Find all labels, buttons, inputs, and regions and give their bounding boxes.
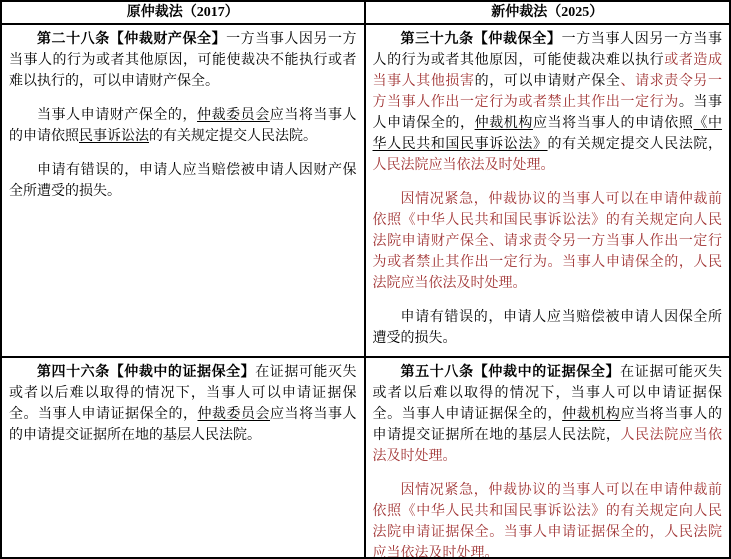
text-segment: 因情况紧急，仲裁协议的当事人可以在申请仲裁前依照《中华人民共和国民事诉讼法》的有… (373, 192, 723, 291)
text-segment: 申请有错误的，申请人应当赔偿被申请人因保全所遭受的损失。 (373, 310, 723, 346)
paragraph: 申请有错误的，申请人应当赔偿被申请人因财产保全所遭受的损失。 (9, 160, 357, 202)
cell-old-law-article-28: 第二十八条【仲裁财产保全】一方当事人因另一方当事人的行为或者其他原因，可能使裁决… (2, 25, 366, 356)
cell-old-law-article-46: 第四十六条【仲裁中的证据保全】在证据可能灭失或者以后难以取得的情况下，当事人可以… (2, 358, 366, 557)
text-segment: 第五十八条【仲裁中的证据保全】 (401, 365, 621, 380)
text-segment: 仲裁机构 (475, 116, 533, 131)
text-segment: 第二十八条【仲裁财产保全】 (37, 32, 226, 47)
paragraph: 第四十六条【仲裁中的证据保全】在证据可能灭失或者以后难以取得的情况下，当事人可以… (9, 362, 357, 446)
text-segment: 的，可以申请财产保全 (475, 74, 621, 89)
column-header-new-law: 新仲裁法（2025） (366, 2, 730, 23)
table-row-evidence-preservation: 第四十六条【仲裁中的证据保全】在证据可能灭失或者以后难以取得的情况下，当事人可以… (2, 358, 729, 557)
text-segment: 的有关规定提交人民法院。 (149, 129, 317, 144)
paragraph: 第二十八条【仲裁财产保全】一方当事人因另一方当事人的行为或者其他原因，可能使裁决… (9, 29, 357, 92)
paragraph: 申请有错误的，申请人应当赔偿被申请人因保全所遭受的损失。 (373, 307, 723, 349)
text-segment: 民事诉讼法 (79, 129, 149, 144)
text-segment: 仲裁机构 (562, 407, 620, 422)
text-segment: 申请有错误的，申请人应当赔偿被申请人因财产保全所遭受的损失。 (9, 163, 357, 199)
text-segment: 仲裁委员会 (197, 108, 270, 123)
cell-new-law-article-58: 第五十八条【仲裁中的证据保全】在证据可能灭失或者以后难以取得的情况下，当事人可以… (366, 358, 730, 557)
paragraph: 第三十九条【仲裁保全】一方当事人因另一方当事人的行为或者其他原因，可能使裁决难以… (373, 29, 723, 176)
table-row-property-preservation: 第二十八条【仲裁财产保全】一方当事人因另一方当事人的行为或者其他原因，可能使裁决… (2, 25, 729, 358)
text-segment: 人民法院应当依法及时处理。 (373, 158, 555, 173)
cell-new-law-article-39: 第三十九条【仲裁保全】一方当事人因另一方当事人的行为或者其他原因，可能使裁决难以… (366, 25, 730, 356)
column-header-old-law: 原仲裁法（2017） (2, 2, 366, 23)
text-segment: 应当将当事人的申请依照 (533, 116, 693, 131)
text-segment: 第三十九条【仲裁保全】 (401, 32, 562, 47)
text-segment: 第四十六条【仲裁中的证据保全】 (37, 365, 255, 380)
law-comparison-table: 原仲裁法（2017） 新仲裁法（2025） 第二十八条【仲裁财产保全】一方当事人… (0, 0, 731, 559)
text-segment: 的有关规定提交人民法院， (548, 137, 722, 152)
text-segment: 仲裁委员会 (198, 407, 271, 422)
table-header-row: 原仲裁法（2017） 新仲裁法（2025） (2, 2, 729, 25)
paragraph: 因情况紧急，仲裁协议的当事人可以在申请仲裁前依照《中华人民共和国民事诉讼法》的有… (373, 189, 723, 294)
paragraph: 第五十八条【仲裁中的证据保全】在证据可能灭失或者以后难以取得的情况下，当事人可以… (373, 362, 723, 467)
paragraph: 当事人申请财产保全的，仲裁委员会应当将当事人的申请依照民事诉讼法的有关规定提交人… (9, 105, 357, 147)
text-segment: 因情况紧急，仲裁协议的当事人可以在申请仲裁前依照《中华人民共和国民事诉讼法》的有… (373, 483, 723, 557)
text-segment: 当事人申请财产保全的， (37, 108, 197, 123)
paragraph: 因情况紧急，仲裁协议的当事人可以在申请仲裁前依照《中华人民共和国民事诉讼法》的有… (373, 480, 723, 557)
